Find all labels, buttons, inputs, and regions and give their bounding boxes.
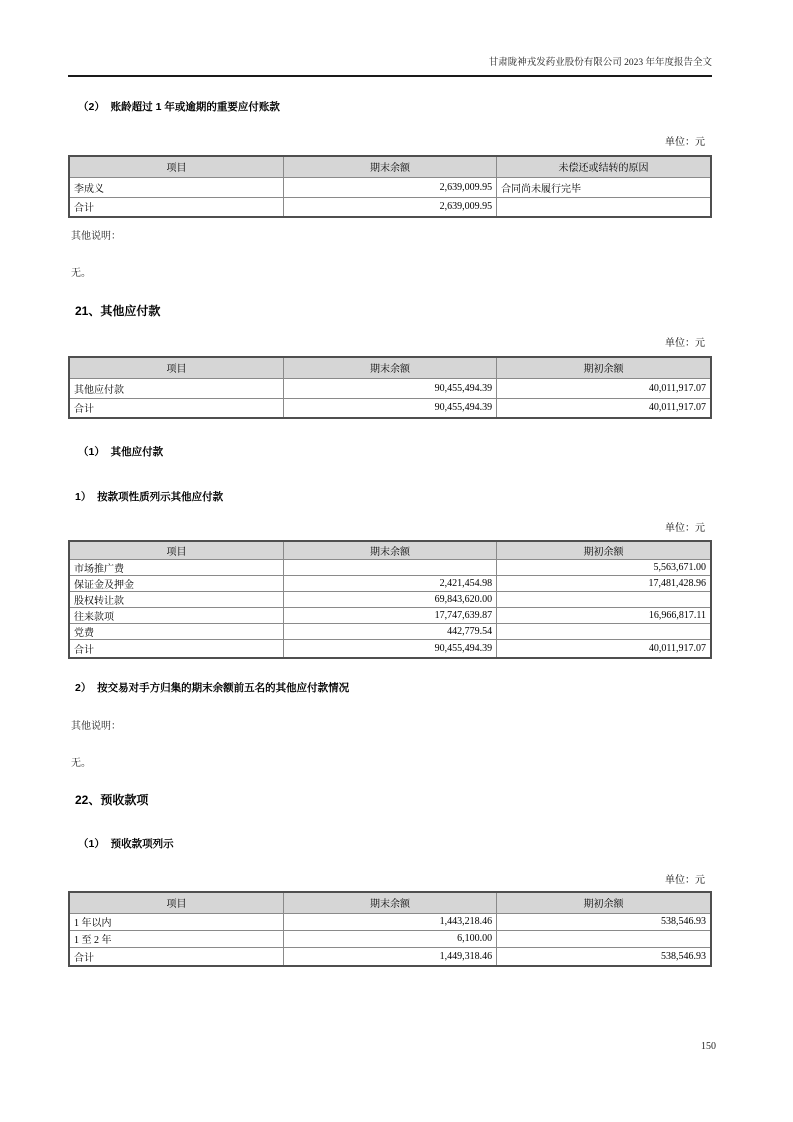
page-content: 甘肃陇神戎发药业股份有限公司 2023 年年度报告全文 （2） 账龄超过 1 年…: [0, 0, 793, 967]
table-cell-item: 合计: [69, 197, 283, 217]
table-cell-beginning-balance: [497, 930, 711, 947]
table-cell-ending-balance: 2,639,009.95: [283, 197, 496, 217]
table-cell-ending-balance: 90,455,494.39: [283, 378, 496, 398]
table-cell-ending-balance: 90,455,494.39: [283, 398, 496, 418]
table-cell-beginning-balance: [497, 623, 711, 639]
column-header-ending-balance: 期末余额: [283, 156, 496, 177]
heading-overdue-payables: （2） 账龄超过 1 年或逾期的重要应付账款: [68, 100, 712, 114]
table-cell-beginning-balance: 16,966,817.11: [497, 607, 711, 623]
header-rule: [68, 75, 712, 77]
table-cell-ending-balance: 2,421,454.98: [283, 575, 496, 591]
report-header-title: 甘肃陇神戎发药业股份有限公司 2023 年年度报告全文: [68, 57, 712, 70]
table-cell-item: 保证金及押金: [69, 575, 283, 591]
table-row-total: 合计 1,449,318.46 538,546.93: [69, 947, 711, 966]
table-cell-item: 1 年以内: [69, 913, 283, 930]
table-cell-item: 合计: [69, 398, 283, 418]
column-header-item: 项目: [69, 156, 283, 177]
table-cell-beginning-balance: [497, 591, 711, 607]
heading-other-payables-by-nature: 1） 按款项性质列示其他应付款: [68, 490, 712, 504]
heading-other-payables-sub1: （1） 其他应付款: [68, 445, 712, 459]
unit-label: 单位：元: [68, 875, 712, 887]
table-row-total: 合计 90,455,494.39 40,011,917.07: [69, 398, 711, 418]
table-row: 李成义 2,639,009.95 合同尚未履行完毕: [69, 177, 711, 197]
unit-label: 单位：元: [68, 137, 712, 149]
table-cell-beginning-balance: 538,546.93: [497, 913, 711, 930]
table-row: 党费 442,779.54: [69, 623, 711, 639]
column-header-ending-balance: 期末余额: [283, 357, 496, 378]
table-cell-item: 合计: [69, 947, 283, 966]
table-row: 股权转让款 69,843,620.00: [69, 591, 711, 607]
table-row: 1 年以内 1,443,218.46 538,546.93: [69, 913, 711, 930]
table-header-row: 项目 期末余额 期初余额: [69, 357, 711, 378]
table-row: 市场推广费 5,563,671.00: [69, 559, 711, 575]
column-header-beginning-balance: 期初余额: [497, 357, 711, 378]
other-note-label: 其他说明：: [68, 230, 712, 243]
table-header-row: 项目 期末余额 未偿还或结转的原因: [69, 156, 711, 177]
unit-label: 单位：元: [68, 523, 712, 535]
table-cell-beginning-balance: 538,546.93: [497, 947, 711, 966]
table-cell-beginning-balance: 40,011,917.07: [497, 639, 711, 658]
table-cell-item: 股权转让款: [69, 591, 283, 607]
table-cell-reason: [497, 197, 711, 217]
table-cell-ending-balance: 90,455,494.39: [283, 639, 496, 658]
column-header-ending-balance: 期末余额: [283, 541, 496, 559]
column-header-beginning-balance: 期初余额: [497, 892, 711, 913]
table-cell-beginning-balance: 5,563,671.00: [497, 559, 711, 575]
table-cell-item: 合计: [69, 639, 283, 658]
column-header-beginning-balance: 期初余额: [497, 541, 711, 559]
table-cell-ending-balance: 2,639,009.95: [283, 177, 496, 197]
table-row: 其他应付款 90,455,494.39 40,011,917.07: [69, 378, 711, 398]
other-note-value: 无。: [68, 267, 712, 280]
table-cell-ending-balance: 69,843,620.00: [283, 591, 496, 607]
table-cell-ending-balance: [283, 559, 496, 575]
other-note-label: 其他说明：: [68, 720, 712, 733]
table-cell-item: 1 至 2 年: [69, 930, 283, 947]
table-cell-ending-balance: 6,100.00: [283, 930, 496, 947]
column-header-reason: 未偿还或结转的原因: [497, 156, 711, 177]
table-cell-ending-balance: 1,443,218.46: [283, 913, 496, 930]
table-row: 往来款项 17,747,639.87 16,966,817.11: [69, 607, 711, 623]
table-cell-beginning-balance: 17,481,428.96: [497, 575, 711, 591]
table-cell-item: 往来款项: [69, 607, 283, 623]
table-cell-item: 李成义: [69, 177, 283, 197]
table-cell-item: 其他应付款: [69, 378, 283, 398]
overdue-payables-table: 项目 期末余额 未偿还或结转的原因 李成义 2,639,009.95 合同尚未履…: [68, 155, 712, 218]
table-header-row: 项目 期末余额 期初余额: [69, 541, 711, 559]
column-header-item: 项目: [69, 892, 283, 913]
heading-other-payables-top5: 2） 按交易对手方归集的期末余额前五名的其他应付款情况: [68, 681, 712, 695]
column-header-ending-balance: 期末余额: [283, 892, 496, 913]
table-row-total: 合计 90,455,494.39 40,011,917.07: [69, 639, 711, 658]
table-cell-item: 市场推广费: [69, 559, 283, 575]
unit-label: 单位：元: [68, 338, 712, 350]
column-header-item: 项目: [69, 541, 283, 559]
table-header-row: 项目 期末余额 期初余额: [69, 892, 711, 913]
page-number: 150: [701, 1041, 716, 1052]
table-row: 保证金及押金 2,421,454.98 17,481,428.96: [69, 575, 711, 591]
other-payables-summary-table: 项目 期末余额 期初余额 其他应付款 90,455,494.39 40,011,…: [68, 356, 712, 419]
heading-other-payables: 21、其他应付款: [68, 303, 712, 319]
heading-advances-list: （1） 预收款项列示: [68, 837, 712, 851]
other-note-value: 无。: [68, 757, 712, 770]
advances-table: 项目 期末余额 期初余额 1 年以内 1,443,218.46 538,546.…: [68, 891, 712, 967]
table-cell-reason: 合同尚未履行完毕: [497, 177, 711, 197]
table-row-total: 合计 2,639,009.95: [69, 197, 711, 217]
table-row: 1 至 2 年 6,100.00: [69, 930, 711, 947]
table-cell-beginning-balance: 40,011,917.07: [497, 398, 711, 418]
table-cell-beginning-balance: 40,011,917.07: [497, 378, 711, 398]
other-payables-nature-table: 项目 期末余额 期初余额 市场推广费 5,563,671.00 保证金及押金 2…: [68, 540, 712, 659]
document-page: 甘肃陇神戎发药业股份有限公司 2023 年年度报告全文 （2） 账龄超过 1 年…: [0, 0, 793, 1122]
table-cell-ending-balance: 442,779.54: [283, 623, 496, 639]
heading-advances: 22、预收款项: [68, 792, 712, 808]
table-cell-ending-balance: 17,747,639.87: [283, 607, 496, 623]
table-cell-ending-balance: 1,449,318.46: [283, 947, 496, 966]
column-header-item: 项目: [69, 357, 283, 378]
table-cell-item: 党费: [69, 623, 283, 639]
